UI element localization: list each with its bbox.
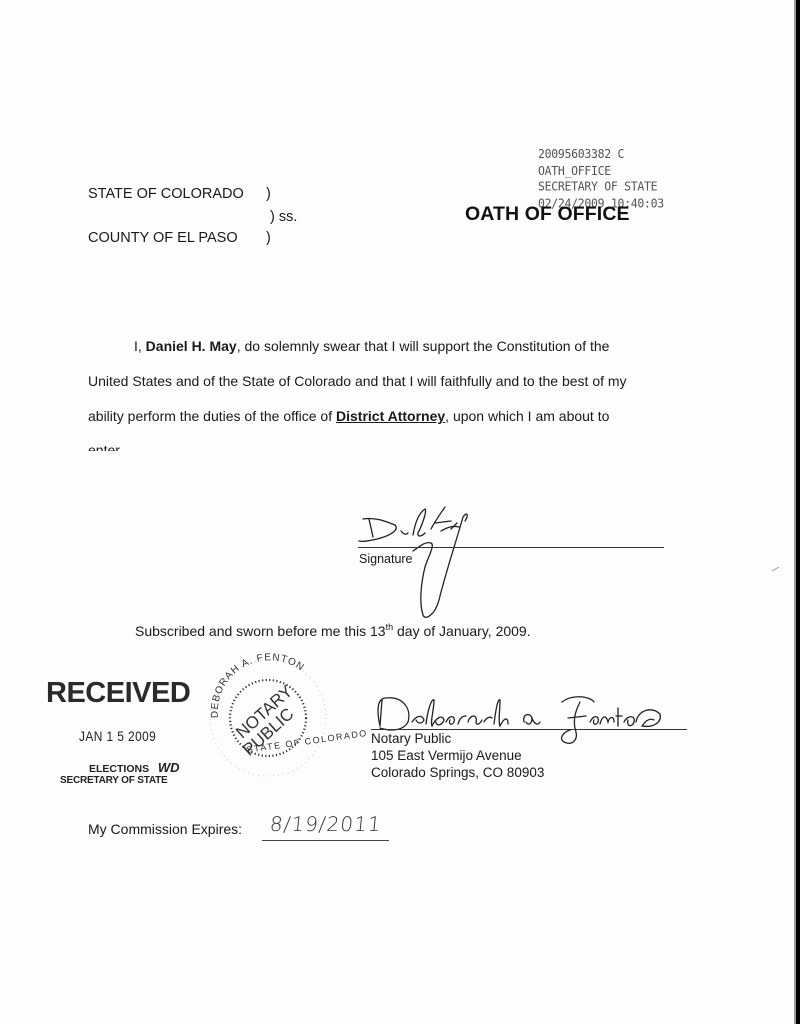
oath-line-2: United States and of the State of Colora…	[88, 373, 627, 389]
oath-text: enter.	[88, 443, 123, 451]
oath-text: , do solemnly swear that I will support …	[237, 338, 610, 354]
received-initials: WD	[158, 760, 180, 775]
received-stamp-heading: RECEIVED	[46, 677, 190, 710]
oath-line-4: enter.	[88, 443, 123, 459]
sworn-text: Subscribed and sworn before me this 13	[135, 623, 386, 639]
venue-paren: )	[266, 186, 271, 202]
sworn-text: day of January, 2009.	[393, 623, 531, 639]
signature-line	[358, 547, 664, 548]
venue-paren: )	[266, 230, 271, 246]
filing-stamp-line: SECRETARY OF STATE	[538, 179, 664, 195]
oath-line-1: I, Daniel H. May, do solemnly swear that…	[134, 338, 609, 354]
commission-expiry-date: 8/19/2011	[269, 812, 383, 836]
commission-label: My Commission Expires:	[88, 821, 242, 837]
oath-prefix: I,	[134, 338, 146, 354]
notary-title: Notary Public	[371, 731, 451, 746]
notary-signature-line	[371, 729, 687, 730]
scan-edge	[796, 0, 800, 1024]
document-title: OATH OF OFFICE	[465, 203, 630, 226]
notary-seal: DEBORAH A. FENTON STATE OF COLORADO NOTA…	[200, 648, 340, 778]
venue-state: STATE OF COLORADO	[88, 186, 244, 202]
filing-stamp-line: 20095603382 C	[538, 146, 664, 162]
received-stamp-dept: ELECTIONS WD	[89, 760, 180, 775]
sworn-suffix: th	[386, 622, 394, 632]
oath-line-3: ability perform the duties of the office…	[88, 408, 609, 424]
venue-ss: ) ss.	[270, 209, 297, 225]
oath-text: , upon which I am about to	[445, 408, 609, 424]
venue-county: COUNTY OF EL PASO	[88, 230, 238, 246]
oath-text: ability perform the duties of the office…	[88, 408, 336, 424]
document-page: 20095603382 C OATH_OFFICE SECRETARY OF S…	[0, 0, 796, 1024]
notary-address-line-2: Colorado Springs, CO 80903	[371, 765, 544, 780]
scan-speck	[770, 565, 782, 573]
filing-stamp-line: OATH_OFFICE	[538, 163, 664, 179]
filing-stamp: 20095603382 C OATH_OFFICE SECRETARY OF S…	[538, 146, 664, 211]
oath-office: District Attorney	[336, 408, 445, 424]
oath-name: Daniel H. May	[146, 338, 237, 354]
received-stamp-date: JAN 1 5 2009	[79, 728, 156, 744]
sworn-statement: Subscribed and sworn before me this 13th…	[135, 623, 531, 639]
signature-label: Signature	[359, 552, 413, 566]
received-stamp-office: SECRETARY OF STATE	[60, 775, 168, 786]
received-dept: ELECTIONS	[89, 763, 149, 775]
notary-address-line-1: 105 East Vermijo Avenue	[371, 748, 522, 763]
commission-line	[262, 840, 389, 841]
